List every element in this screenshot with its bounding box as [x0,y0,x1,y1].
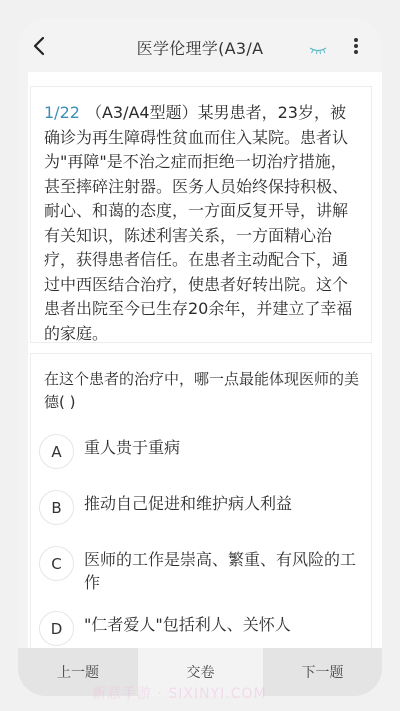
option-letter: B [39,490,74,525]
question-content: 1/22（A3/A4型题）某男患者，23岁，被确诊为再生障碍性贫血而住入某院。患… [28,72,382,648]
question-stem-card: 1/22（A3/A4型题）某男患者，23岁，被确诊为再生障碍性贫血而住入某院。患… [30,86,372,343]
next-question-button[interactable]: 下一题 [263,648,382,696]
top-bar: 医学伦理学(A3/A [18,18,382,72]
option-letter: C [39,546,74,581]
app-screen: 医学伦理学(A3/A 1/22（A3/A4型题）某男患者，23岁，被确诊为再生障… [18,18,382,696]
more-menu-button[interactable] [352,38,360,56]
eye-closed-icon [308,45,328,55]
option-b[interactable]: B 推动自己促进和维护病人利益 [39,490,359,525]
more-vertical-icon [352,38,360,54]
toggle-answer-button[interactable] [308,40,328,50]
option-text: 医师的工作是崇高、繁重、有风险的工作 [84,546,359,594]
option-letter: A [39,434,74,469]
option-c[interactable]: C 医师的工作是崇高、繁重、有风险的工作 [39,546,359,594]
option-d[interactable]: D "仁者爱人"包括利人、关怀人 [39,611,359,646]
option-text: 重人贵于重病 [84,434,180,459]
option-a[interactable]: A 重人贵于重病 [39,434,359,469]
option-text: "仁者爱人"包括利人、关怀人 [84,611,291,636]
question-prompt: 在这个患者的治疗中，哪一点最能体现医师的美德( ) [44,368,359,414]
bottom-nav: 上一题 交卷 下一题 [18,648,382,696]
question-stem: （A3/A4型题）某男患者，23岁，被确诊为再生障碍性贫血而住入某院。患者认为"… [44,103,352,343]
option-text: 推动自己促进和维护病人利益 [84,490,292,515]
option-letter: D [39,611,74,646]
prev-question-button[interactable]: 上一题 [18,648,138,696]
question-number: 1/22 [44,103,80,122]
submit-exam-button[interactable]: 交卷 [138,648,263,696]
